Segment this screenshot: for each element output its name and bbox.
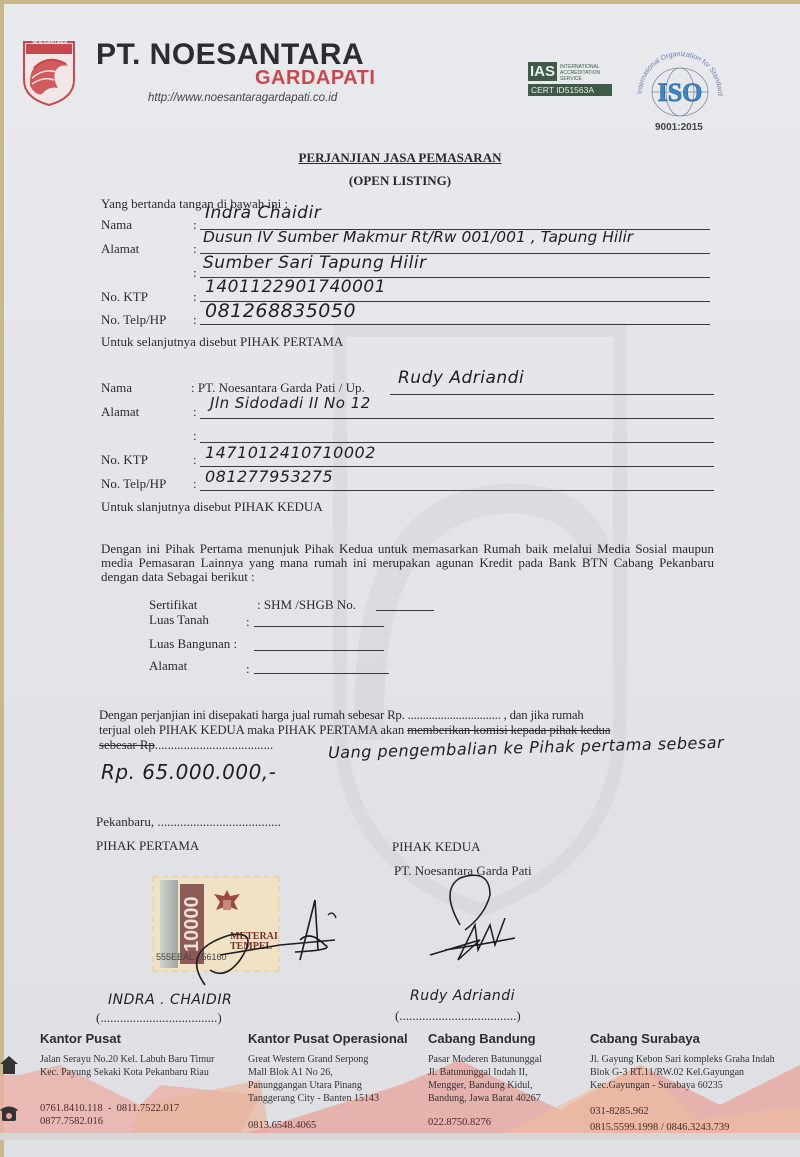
party-two-printed-name: Rudy Adriandi [410,988,515,1004]
company-subname: GARDAPATI [255,67,375,90]
office-2-address-line: Tanggerang City - Banten 15143 [248,1092,379,1105]
office-3-address: Pasar Moderen Batununggal Jl. Batunungga… [428,1053,542,1105]
property-address-label: Alamat [149,658,187,674]
colon: : [193,289,197,305]
p1-name-value: Indra Chaidir [205,203,321,223]
party-one-signature-icon [150,890,350,1000]
agreement-struck-commission: memberikan komisi kepada pihak kedua [407,723,610,737]
handwritten-amount: Rp. 65.000.000,- [101,760,276,784]
party-two-label: PIHAK KEDUA [392,839,480,855]
p2-address-line1-value: Jln Sidodadi II No 12 [210,394,371,412]
office-3-phone: 022.8750.8276 [428,1116,491,1129]
iso-logo: ISO [658,78,703,107]
body-paragraph: Dengan ini Pihak Pertama menunjuk Pihak … [101,542,714,584]
p2-phone-label: No. Telp/HP [101,476,166,492]
office-2-address-line: Mall Blok A1 No 26, [248,1066,379,1079]
document-subtitle: (OPEN LISTING) [0,173,800,189]
certificate-label: Sertifikat [149,597,197,613]
document-title: PERJANJIAN JASA PEMASARAN [0,150,800,166]
office-3-address-line: Pasar Moderen Batununggal [428,1053,542,1066]
office-2-address: Great Western Grand Serpong Mall Blok A1… [248,1053,379,1105]
home-icon [0,1054,18,1076]
colon: : [246,614,250,630]
colon: : [193,241,197,257]
company-logo-shield-icon [22,38,76,106]
party-two-signature-icon [420,870,540,980]
ias-certification-badge: IASINTERNATIONAL ACCREDITATION SERVICE C… [528,62,612,96]
p1-phone-line [200,324,710,325]
office-1-address-line: Jalan Serayu No.20 Kel. Labuh Baru Timur [40,1053,214,1066]
office-1-address: Jalan Serayu No.20 Kel. Labuh Baru Timur… [40,1053,214,1079]
place-date: Pekanbaru, .............................… [96,814,281,830]
ias-cert-id: CERT ID51563A [528,84,612,96]
p2-name-line [390,394,714,395]
party-one-printed-name: INDRA . CHAIDIR [108,992,232,1008]
p1-address-line1-value: Dusun IV Sumber Makmur Rt/Rw 001/001 , T… [203,228,633,246]
agreement-line1: Dengan perjanjian ini disepakati harga j… [99,708,584,723]
p2-address-line [200,418,714,419]
office-1-phone: 0761.8410.118 - 0811.7522.017 [40,1102,179,1115]
office-1-title: Kantor Pusat [40,1031,121,1046]
office-3-address-line: Jl. Batununggal Indah II, [428,1066,542,1079]
p2-address-label: Alamat [101,404,139,420]
party-one-label: PIHAK PERTAMA [96,838,199,854]
p2-closing: Untuk slanjutnya disebut PIHAK KEDUA [101,499,323,515]
certificate-number-line [376,610,434,611]
office-3-title: Cabang Bandung [428,1031,536,1046]
building-area-label: Luas Bangunan : [149,636,237,652]
p2-name-value: Rudy Adriandi [398,368,524,388]
office-4-phones: 031-8285.962 0815.5599.1998 / 0846.3243.… [590,1105,729,1134]
colon: : [193,404,197,420]
office-4-address: Jl. Gayung Kebon Sari kompleks Graha Ind… [590,1053,775,1092]
p2-phone-line [200,490,714,491]
p2-phone-value: 081277953275 [205,467,333,486]
ias-logo: IAS [528,62,557,81]
office-1-phones: 0761.8410.118 - 0811.7522.017 0877.7582.… [40,1102,179,1128]
colon: : [193,476,197,492]
p1-address-label: Alamat [101,241,139,257]
office-4-title: Cabang Surabaya [590,1031,700,1046]
p1-closing: Untuk selanjutnya disebut PIHAK PERTAMA [101,334,343,350]
iso-standard: 9001:2015 [655,122,703,133]
ias-text: INTERNATIONAL ACCREDITATION SERVICE [560,64,608,82]
p2-ktp-value: 1471012410710002 [205,443,376,462]
property-address-line [254,673,389,674]
office-1-address-line: Kec. Payung Sekaki Kota Pekanbaru Riau [40,1066,214,1079]
colon: : [193,265,197,281]
colon: : [193,312,197,328]
colon: : [193,452,197,468]
office-4-address-line: Jl. Gayung Kebon Sari kompleks Graha Ind… [590,1053,775,1066]
office-2-address-line: Great Western Grand Serpong [248,1053,379,1066]
office-4-address-line: Blok G-3 RT.11/RW.02 Kel.Gayungan [590,1066,775,1079]
logo-text: NOESANTARA [28,40,72,46]
colon: : [246,661,250,677]
office-3-address-line: Bandung, Jawa Barat 40267 [428,1092,542,1105]
watermark-logo-icon [330,320,630,920]
office-4-phone: 0815.5599.1998 / 0846.3243.739 [590,1121,729,1134]
p1-ktp-value: 1401122901740001 [205,277,386,297]
telephone-icon [0,1104,18,1122]
office-2-title: Kantor Pusat Operasional [248,1031,408,1046]
p1-phone-value: 081268835050 [205,300,356,322]
agreement-struck-amount: sebesar Rp [99,738,155,752]
colon: : [193,428,197,444]
colon: : [193,217,197,233]
office-2-phone: 0813.6548.4065 [248,1119,316,1132]
office-2-phones: 0813.6548.4065 [248,1119,316,1132]
office-3-phones: 022.8750.8276 [428,1116,491,1129]
office-4-address-line: Kec.Gayungan - Surabaya 60235 [590,1079,775,1092]
p2-ktp-label: No. KTP [101,452,148,468]
land-area-label: Luas Tanah [149,612,209,628]
p1-address-line2-value: Sumber Sari Tapung Hilir [203,253,427,273]
party-two-name-dots: (....................................) [395,1008,521,1024]
p1-name-label: Nama [101,217,132,233]
office-3-address-line: Mengger, Bandung Kidul, [428,1079,542,1092]
office-4-phone: 031-8285.962 [590,1105,729,1118]
agreement-line2: terjual oleh PIHAK KEDUA maka PIHAK PERT… [99,723,407,737]
party-one-name-dots: (....................................) [96,1010,222,1026]
building-area-line [254,650,384,651]
p1-ktp-label: No. KTP [101,289,148,305]
iso-globe-icon: International Organization for Standardi… [630,44,730,134]
office-1-phone: 0877.7582.016 [40,1115,179,1128]
certificate-value: : SHM /SHGB No. [257,597,356,613]
company-url: http://www.noesantaragardapati.co.id [148,92,337,104]
office-2-address-line: Panunggangan Utara Pinang [248,1079,379,1092]
p1-phone-label: No. Telp/HP [101,312,166,328]
land-area-line [254,626,384,627]
p2-name-label: Nama [101,380,132,396]
agreement-dots: ..................................... [155,738,273,752]
